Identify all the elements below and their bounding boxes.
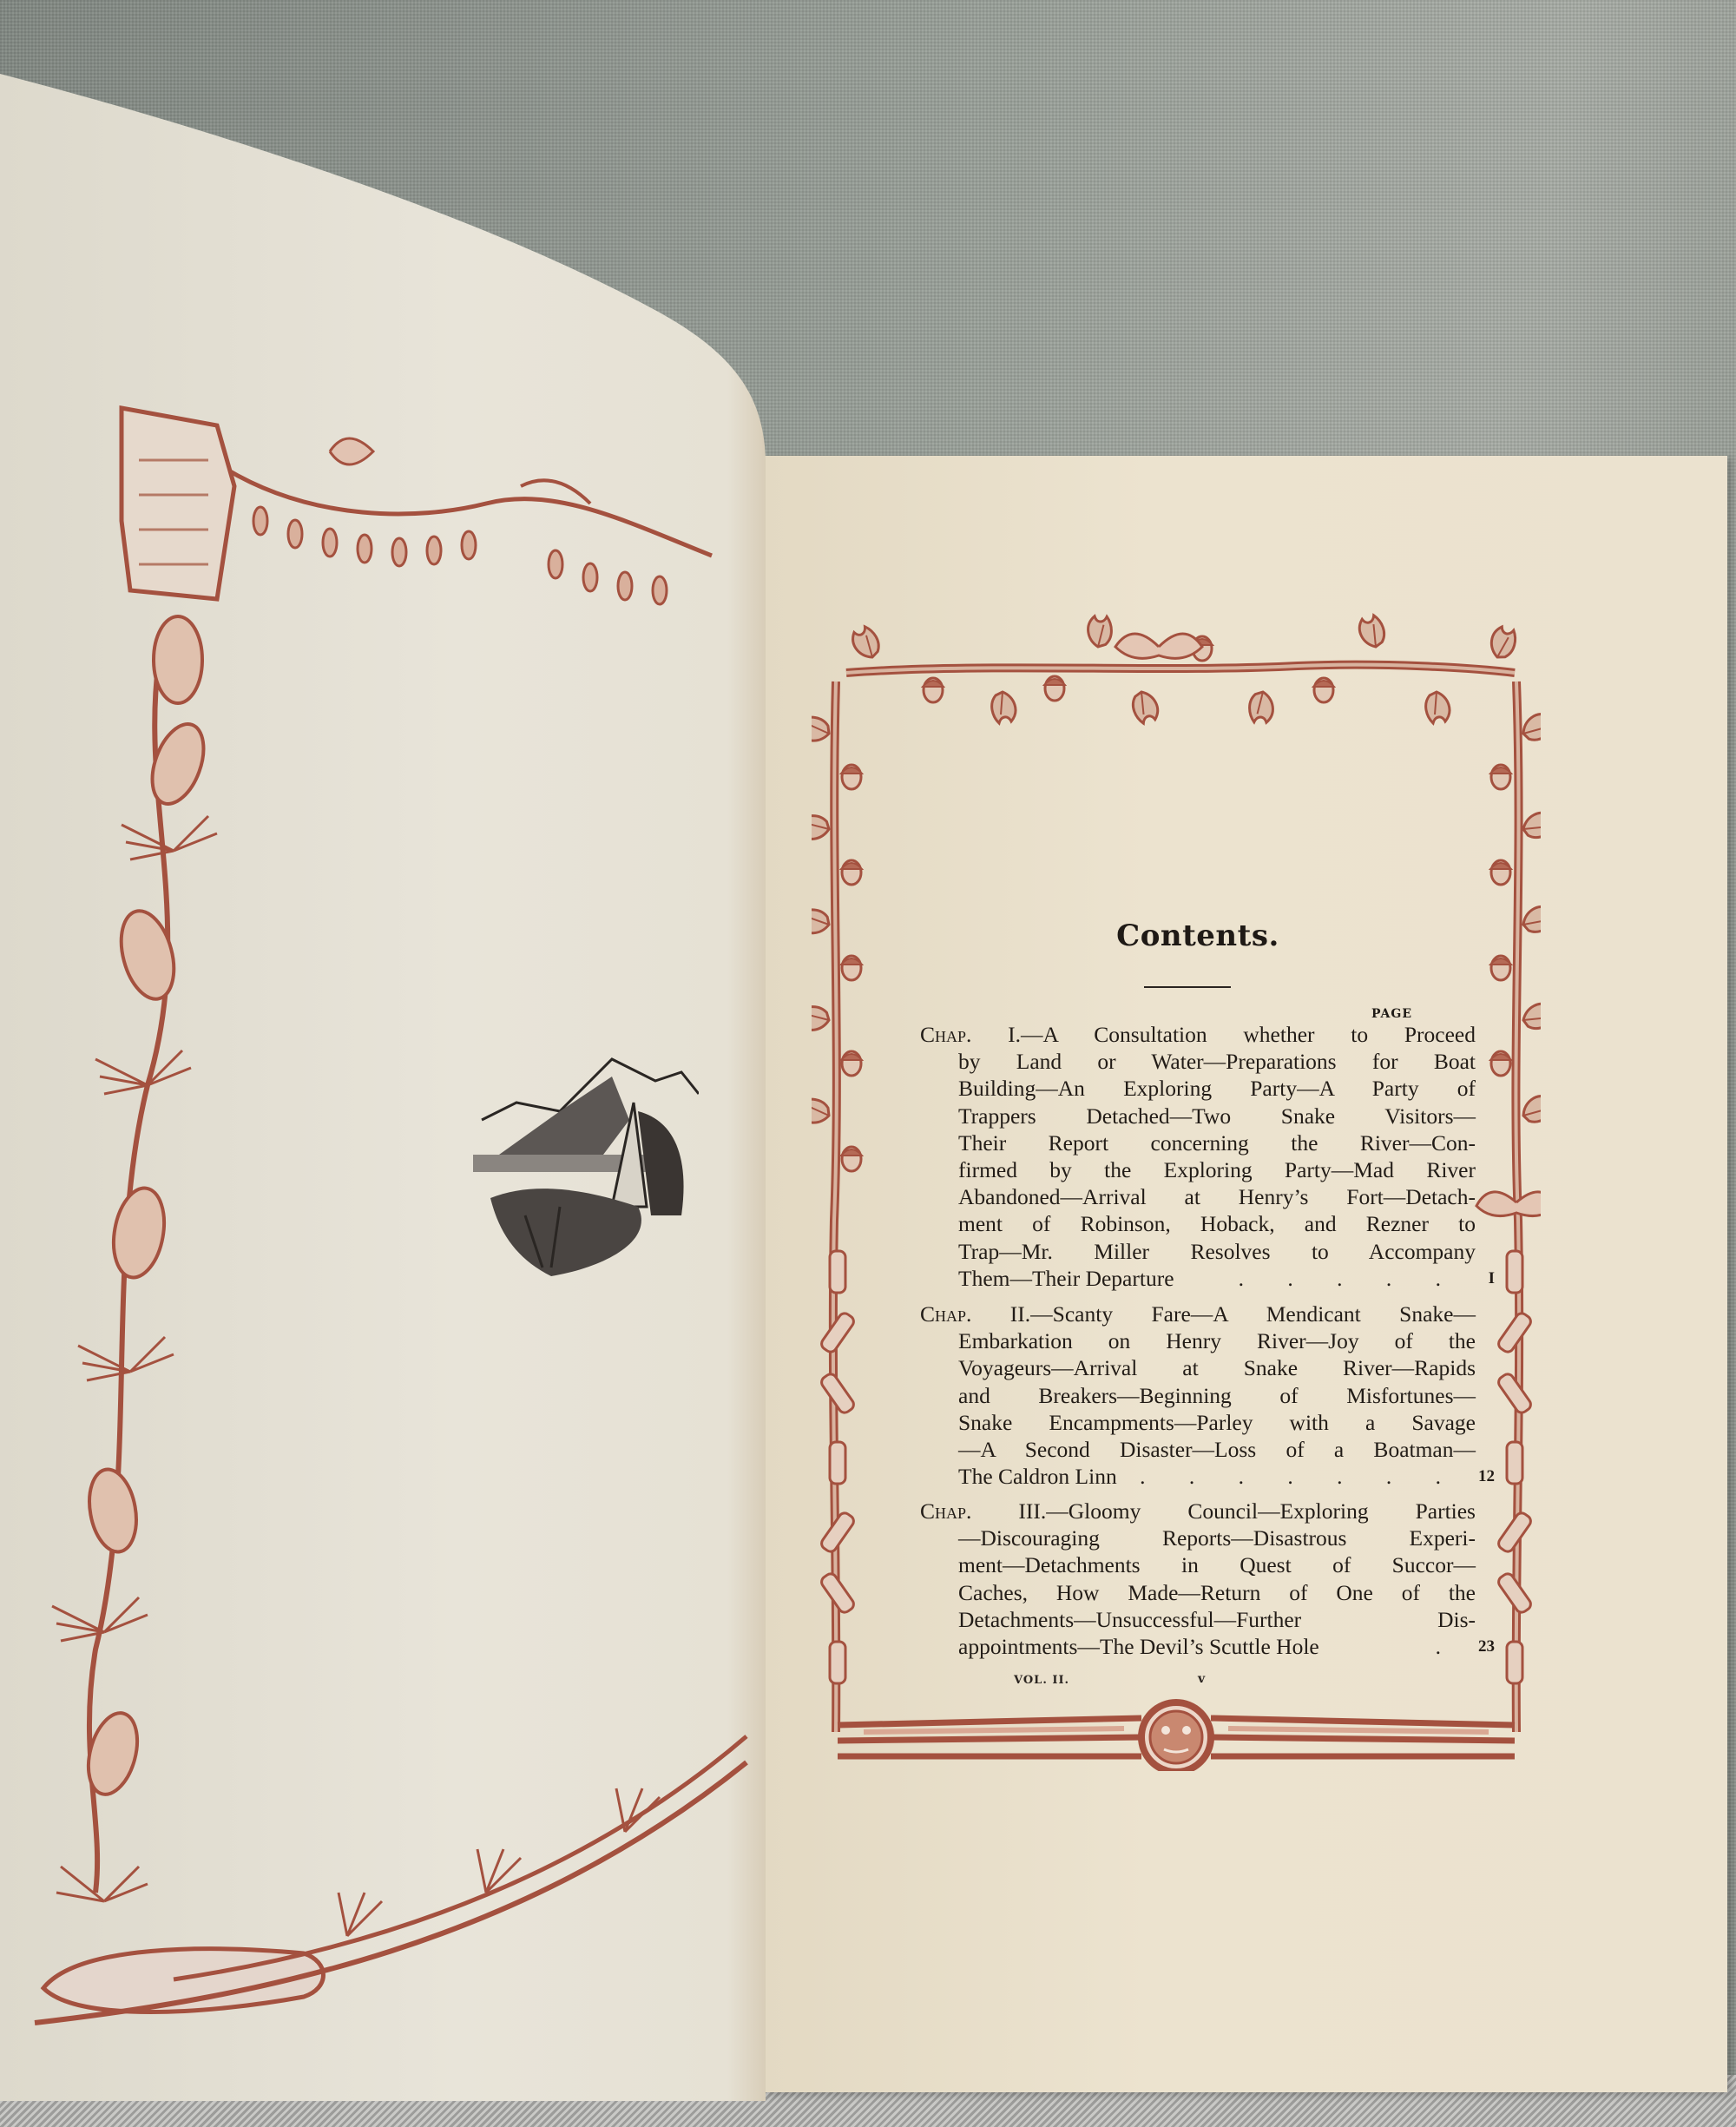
leader-dots: . . . . . . .: [1117, 1463, 1476, 1490]
leader-dots: .: [1319, 1633, 1476, 1660]
page-number: 12: [1478, 1463, 1495, 1490]
landscape-engraving-icon: [464, 1042, 699, 1289]
toc-entry-chapter-3[interactable]: Chap. III.—Gloomy Council—Exploring Part…: [920, 1498, 1476, 1660]
chapter-label: Chap. I.: [920, 1022, 1021, 1047]
title-divider: [1144, 986, 1231, 988]
volume-label: VOL. II.: [1014, 1674, 1069, 1687]
face-medallion-icon: [1141, 1702, 1211, 1771]
page-title: Contents.: [1024, 919, 1371, 953]
chapter-label: Chap. III.: [920, 1498, 1046, 1524]
chapter-label: Chap. II.: [920, 1301, 1030, 1327]
page-number: 23: [1478, 1633, 1495, 1660]
toc-entry-chapter-2[interactable]: Chap. II.—Scanty Fare—A Mendicant Snake—…: [920, 1301, 1476, 1490]
toc-entry-chapter-1[interactable]: Chap. I.—A Consultation whether to Proce…: [920, 1021, 1476, 1292]
mountain-camp-vignette: [464, 1042, 699, 1289]
roman-page-number: v: [1198, 1672, 1205, 1686]
page-number: I: [1489, 1265, 1495, 1292]
leader-dots: . . . . .: [1174, 1265, 1476, 1292]
page-column-heading: PAGE: [1371, 1007, 1412, 1021]
